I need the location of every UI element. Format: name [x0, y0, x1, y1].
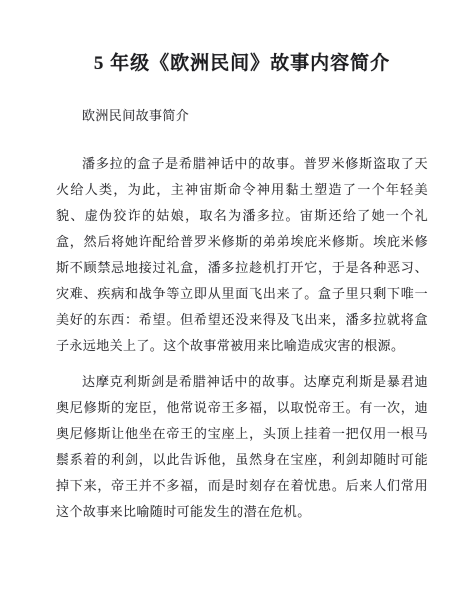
- document-subtitle: 欧洲民间故事简介: [56, 103, 428, 129]
- document-title: 5 年级《欧洲民间》故事内容简介: [56, 52, 428, 75]
- document-page: 5 年级《欧洲民间》故事内容简介 欧洲民间故事简介 潘多拉的盒子是希腊神话中的故…: [0, 0, 463, 600]
- paragraph-sword-of-damocles: 达摩克利斯剑是希腊神话中的故事。达摩克利斯是暴君迪奥尼修斯的宠臣，他常说帝王多福…: [56, 369, 428, 525]
- paragraph-pandora-box: 潘多拉的盒子是希腊神话中的故事。普罗米修斯盗取了天火给人类，为此，主神宙斯命令神…: [56, 151, 428, 359]
